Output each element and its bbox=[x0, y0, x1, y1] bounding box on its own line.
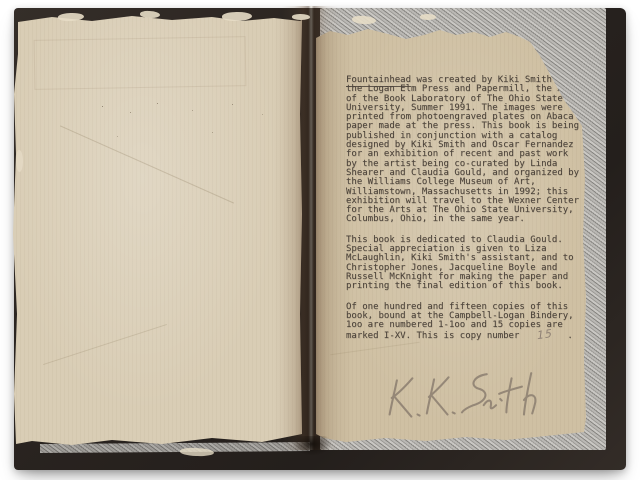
paper-crease bbox=[60, 125, 234, 203]
left-blank-page bbox=[12, 14, 302, 446]
paper-crease bbox=[330, 342, 419, 356]
artist-signature: K.K. Smith bbox=[378, 368, 548, 430]
torn-paper-fleck bbox=[292, 14, 310, 20]
colophon-paragraph-edition: Of one hundred and fifteen copies of thi… bbox=[346, 303, 588, 342]
torn-paper-fleck bbox=[16, 150, 23, 172]
signature-strokes bbox=[378, 368, 548, 430]
photo-of-open-book: Fountainhead was created by Kiki Smith a… bbox=[0, 0, 640, 480]
colophon-paragraph-production: Fountainhead was created by Kiki Smith a… bbox=[346, 76, 588, 225]
colophon-paragraph-dedication: This book is dedicated to Claudia Gould.… bbox=[346, 236, 588, 292]
colophon-text: Fountainhead was created by Kiki Smith a… bbox=[346, 76, 588, 342]
torn-paper-fleck bbox=[140, 11, 160, 19]
torn-paper-fleck bbox=[420, 14, 436, 20]
copy-number-period: . bbox=[567, 331, 572, 341]
handwritten-copy-number: 15 bbox=[537, 329, 553, 341]
colophon-edition-last-line: marked I-XV. This is copy number15. bbox=[346, 331, 573, 341]
paper-emboss-line bbox=[34, 36, 247, 90]
paper-crease bbox=[43, 324, 167, 365]
gutter-bottom-notch bbox=[292, 436, 332, 456]
copy-number-label: marked I-XV. This is copy number bbox=[346, 331, 519, 341]
paper-specks bbox=[102, 106, 103, 107]
colophon-paragraph-production-body: the Logan Elm Press and Papermill, the A… bbox=[346, 85, 588, 224]
